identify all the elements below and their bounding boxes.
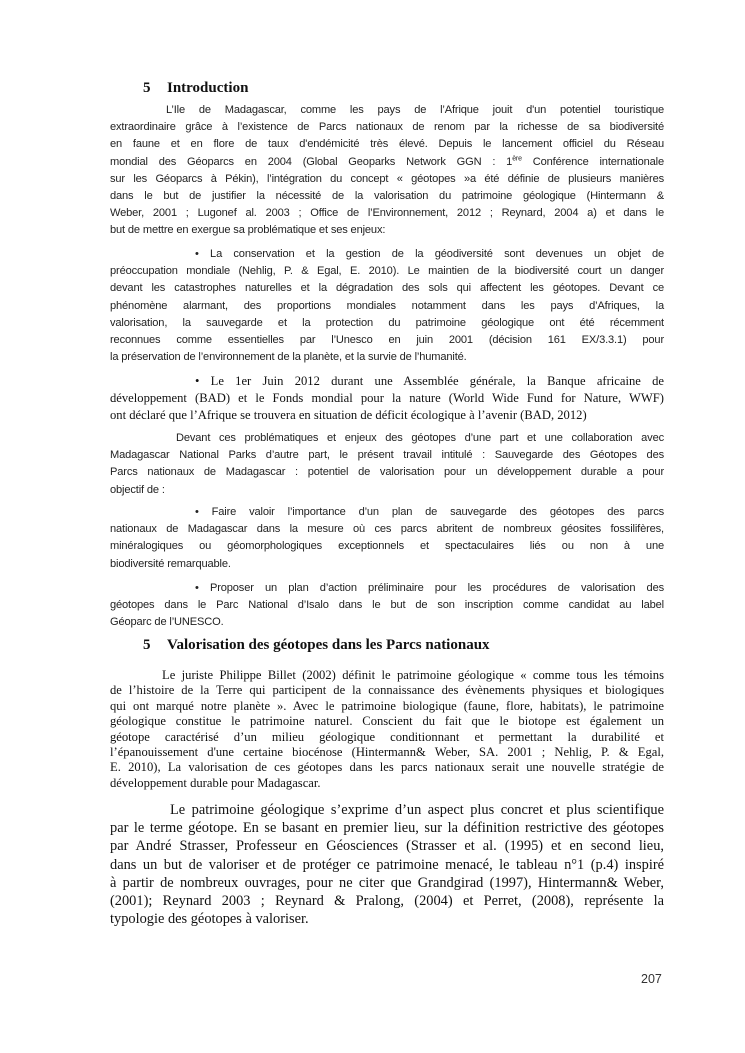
valorisation-paragraph-2: Le patrimoine géologique s’exprime d’un … [110,801,664,928]
text-line: reconnues comme essentielles par l’Unesc… [110,332,664,349]
text-line: sur les Géoparcs à Pékin), l’intégration… [110,171,664,188]
page-number: 207 [641,972,662,986]
text-line: nationaux de Madagascar dans la mesure o… [110,521,664,538]
text-fragment: mondial des Géoparcs en 2004 (Global Geo… [110,156,512,168]
bullet-plan-action: • Proposer un plan d’action préliminaire… [110,580,664,632]
intro-paragraph-1: L’Ile de Madagascar, comme les pays de l… [110,102,664,240]
text-line: ont déclaré que l’Afrique se trouvera en… [110,407,664,424]
text-line: (2001); Reynard 2003 ; Reynard & Pralong… [110,892,664,910]
valorisation-paragraph-1: Le juriste Philippe Billet (2002) défini… [110,668,664,791]
text-line: Parcs nationaux de Madagascar : potentie… [110,464,664,481]
text-line: extraordinaire grâce à l’existence de Pa… [110,119,664,136]
text-line: géologique constitue le patrimoine natur… [110,714,664,729]
text-line: • Faire valoir l’importance d’un plan de… [110,504,664,521]
text-line: géotope caractérisé d’un milieu géologiq… [110,730,664,745]
text-line: mondial des Géoparcs en 2004 (Global Geo… [110,154,664,171]
text-line: dans le but de justifier la nécessité de… [110,188,664,205]
text-fragment: Conférence internationale [522,156,664,168]
text-line: qui ont marqué notre planète ». Avec le … [110,699,664,714]
text-line: à partir de nombreux ouvrages, pour ne c… [110,874,664,892]
text-line: Madagascar National Parks d’autre part, … [110,447,664,464]
text-line: par le terme géotope. En se basant en pr… [110,819,664,837]
section-heading-introduction: 5Introduction [143,80,248,97]
text-line: développement durable pour Madagascar. [110,776,664,791]
section-number: 5 [143,637,167,654]
text-line: de l’histoire de la Terre qui participen… [110,683,664,698]
text-line: biodiversité remarquable. [110,556,664,573]
text-line: préoccupation mondiale (Nehlig, P. & Ega… [110,263,664,280]
bullet-plan-sauvegarde: • Faire valoir l’importance d’un plan de… [110,504,664,573]
text-line: l’épanouissement d'une certaine biocénos… [110,745,664,760]
text-line: devant les catastrophes naturelles et la… [110,280,664,297]
text-line: développement (BAD) et le Fonds mondial … [110,390,664,407]
text-line: but de mettre en exergue sa problématiqu… [110,222,664,239]
text-line: Devant ces problématiques et enjeux des … [110,430,664,447]
section-title: Valorisation des géotopes dans les Parcs… [167,637,490,653]
text-line: en faune et en flore de taux d'endémicit… [110,136,664,153]
text-line: Weber, 2001 ; Lugonef al. 2003 ; Office … [110,205,664,222]
text-line: Le juriste Philippe Billet (2002) défini… [110,668,664,683]
text-line: objectif de : [110,482,664,499]
section-number: 5 [143,80,167,97]
text-line: • La conservation et la gestion de la gé… [110,246,664,263]
section-title: Introduction [167,80,248,96]
superscript: ère [512,155,522,162]
text-line: L’Ile de Madagascar, comme les pays de l… [110,102,664,119]
text-line: phénomène alarmant, des proportions mond… [110,298,664,315]
text-line: dans un but de valoriser et de protéger … [110,856,664,874]
text-line: géotopes dans le Parc National d’Isalo d… [110,597,664,614]
section-heading-valorisation: 5Valorisation des géotopes dans les Parc… [143,637,490,654]
text-line: E. 2010), La valorisation de ces géotope… [110,760,664,775]
text-line: • Proposer un plan d’action préliminaire… [110,580,664,597]
text-line: valorisation, la sauvegarde et la protec… [110,315,664,332]
bullet-conservation: • La conservation et la gestion de la gé… [110,246,664,366]
text-line: par André Strasser, Professeur en Géosci… [110,837,664,855]
text-line: Géoparc de l’UNESCO. [110,614,664,631]
text-line: typologie des géotopes à valoriser. [110,910,664,928]
bullet-bad-wwf: • Le 1er Juin 2012 durant une Assemblée … [110,373,664,424]
text-line: Le patrimoine géologique s’exprime d’un … [110,801,664,819]
text-line: minéralogiques ou géomorphologiques exce… [110,538,664,555]
intro-paragraph-2: Devant ces problématiques et enjeux des … [110,430,664,499]
text-line: • Le 1er Juin 2012 durant une Assemblée … [110,373,664,390]
text-line: la préservation de l’environnement de la… [110,349,664,366]
